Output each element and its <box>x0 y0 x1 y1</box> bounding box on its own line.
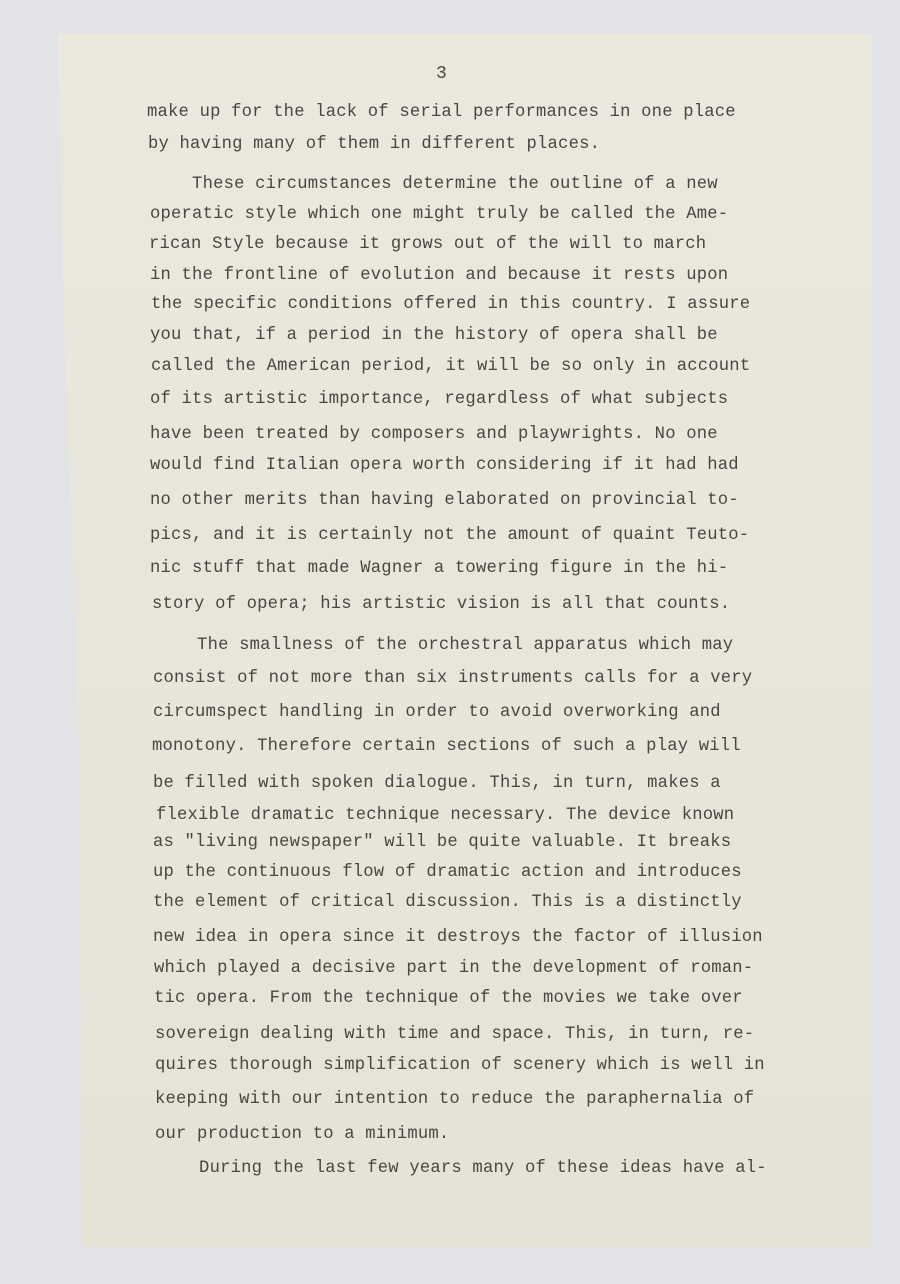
text-line: flexible dramatic technique necessary. T… <box>156 807 734 824</box>
text-line: which played a decisive part in the deve… <box>154 960 753 977</box>
text-line: make up for the lack of serial performan… <box>147 104 736 121</box>
text-line: quires thorough simplification of scener… <box>155 1057 765 1074</box>
text-line: During the last few years many of these … <box>157 1160 767 1177</box>
text-line: as "living newspaper" will be quite valu… <box>153 834 731 851</box>
text-line: rican Style because it grows out of the … <box>149 236 706 253</box>
text-line: nic stuff that made Wagner a towering fi… <box>150 560 728 577</box>
text-line: tic opera. From the technique of the mov… <box>154 990 743 1007</box>
text-line: consist of not more than six instruments… <box>153 670 752 687</box>
text-line: in the frontline of evolution and becaus… <box>150 267 728 284</box>
text-line: These circumstances determine the outlin… <box>150 176 718 193</box>
page-number: 3 <box>436 64 447 84</box>
text-line: be filled with spoken dialogue. This, in… <box>153 775 721 792</box>
text-line: you that, if a period in the history of … <box>150 327 718 344</box>
text-line: called the American period, it will be s… <box>151 358 750 375</box>
text-line: no other merits than having elaborated o… <box>150 492 739 509</box>
text-line: monotony. Therefore certain sections of … <box>152 738 741 755</box>
text-line: of its artistic importance, regardless o… <box>150 391 728 408</box>
text-line: the element of critical discussion. This… <box>153 894 742 911</box>
text-line: pics, and it is certainly not the amount… <box>150 527 749 544</box>
text-line: circumspect handling in order to avoid o… <box>153 704 721 721</box>
text-line: would find Italian opera worth consideri… <box>150 457 739 474</box>
text-line: sovereign dealing with time and space. T… <box>155 1026 754 1043</box>
text-line: keeping with our intention to reduce the… <box>155 1091 754 1108</box>
text-line: our production to a minimum. <box>155 1126 449 1143</box>
text-line: by having many of them in different plac… <box>148 136 600 153</box>
text-line: up the continuous flow of dramatic actio… <box>153 864 742 881</box>
text-line: operatic style which one might truly be … <box>150 206 728 223</box>
text-line: the specific conditions offered in this … <box>151 296 750 313</box>
text-line: new idea in opera since it destroys the … <box>153 929 763 946</box>
text-line: The smallness of the orchestral apparatu… <box>155 637 733 654</box>
text-line: story of opera; his artistic vision is a… <box>152 596 730 613</box>
text-line: have been treated by composers and playw… <box>150 426 718 443</box>
